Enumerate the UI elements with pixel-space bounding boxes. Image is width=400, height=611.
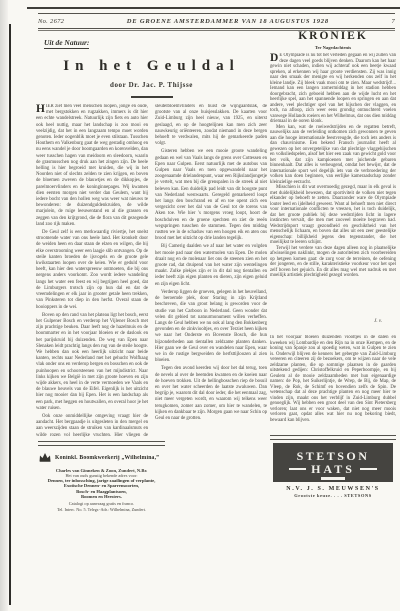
stetson-underline-bar bbox=[321, 477, 345, 480]
article-in-het-geuldal: Uit de Natuur: In het Geuldal door Dr. J… bbox=[36, 32, 267, 444]
kroniek-paragraph: Men kan, wat de roeiwedstrijden en de re… bbox=[270, 125, 396, 186]
stetson-brand-line2: HATS bbox=[311, 463, 355, 475]
kroniek-paragraph: Misschien is dit wat overmoedig gezegd, … bbox=[270, 185, 396, 246]
ad-top-rule bbox=[270, 435, 396, 440]
title-divider-rule bbox=[131, 96, 173, 98]
scan-edge-shade bbox=[0, 0, 8, 611]
kroniek-heading: KRONIEK bbox=[270, 30, 396, 42]
dash-rule bbox=[289, 468, 306, 470]
nursery-ad: Koninkl. Boomkweekerij „Wilhelmina,” Cha… bbox=[38, 441, 165, 512]
page-top-rule bbox=[27, 7, 400, 9]
article-paragraph: Tegen den avond keerden wij door het dal… bbox=[155, 366, 267, 422]
article-continuation-paragraph: In het voorjaar bloeien duizenden vioolt… bbox=[270, 335, 396, 423]
masthead-issue-number: No. 2672 bbox=[38, 18, 64, 25]
article-paragraph: Gisteren hebben we een mooie groote wand… bbox=[155, 149, 267, 242]
masthead: No. 2672 DE GROENE AMSTERDAMMER VAN 18 A… bbox=[38, 13, 395, 29]
article-body-columns: HIER ziet men veel menschen loopen, jong… bbox=[36, 104, 267, 444]
nursery-ad-title: Koninkl. Boomkweekerij „Wilhelmina,” bbox=[55, 455, 159, 461]
kroniek-body: DE Olympiade is nu tot het verleden gega… bbox=[270, 53, 396, 317]
nursery-ad-contact-line: Tel. Interc. No. 5. Telegr.-Adr.: Wilhel… bbox=[38, 507, 165, 512]
article-paragraph: Verderop liggen de groeven, gelegen in h… bbox=[155, 290, 267, 364]
kroniek-signature: J. v. bbox=[270, 319, 396, 324]
stetson-dealer: N.V. J. S. MEUWSEN'S bbox=[270, 486, 396, 492]
article-kicker: Uit de Natuur: bbox=[44, 38, 89, 49]
dash-rule bbox=[360, 468, 377, 470]
article-continuation: In het voorjaar bloeien duizenden vioolt… bbox=[270, 335, 396, 431]
article-paragraph: HIER ziet men veel menschen loopen, jong… bbox=[36, 104, 148, 228]
kroniek-paragraph: DE Olympiade is nu tot het verleden gega… bbox=[270, 53, 396, 125]
stetson-brand-line1: STETSON bbox=[297, 450, 370, 462]
article-paragraph: De Geul zelf is een merkwaardig riviertj… bbox=[36, 230, 148, 311]
stetson-hats-row: HATS bbox=[289, 463, 377, 475]
ad-top-rule bbox=[38, 441, 165, 446]
kroniek-subheading: Ter Nagedachtenis bbox=[270, 45, 396, 50]
masthead-title: DE GROENE AMSTERDAMMER VAN 18 AUGUSTUS 1… bbox=[127, 18, 329, 25]
stetson-ad: STETSON HATS N.V. J. S. MEUWSEN'S Groots… bbox=[270, 435, 396, 498]
page-left-border bbox=[9, 24, 11, 605]
crown-icon bbox=[38, 449, 52, 467]
masthead-page-number: 7 bbox=[391, 18, 395, 25]
nursery-ad-catalog-line: Catalogi op aanvraag gratis en franco. bbox=[38, 501, 165, 506]
kroniek-column: KRONIEK Ter Nagedachtenis DE Olympiade i… bbox=[270, 30, 396, 498]
nursery-ad-line: Boomen en Heesters. bbox=[38, 494, 165, 499]
article-paragraph: Bij Camerig daalden we af naar het water… bbox=[155, 244, 267, 287]
article-title: In het Geuldal bbox=[36, 58, 267, 75]
kroniek-paragraph: Terwijl het verdere van deze dagen allee… bbox=[270, 246, 396, 279]
stetson-tagline: Grootste keuze. . . . STETSONS bbox=[270, 493, 396, 498]
article-byline: door Dr. Jac. P. Thijsse bbox=[36, 81, 267, 89]
article-paragraph: Boven op den rand van het plateau ligt h… bbox=[36, 313, 148, 412]
stetson-ad-box: STETSON HATS bbox=[273, 443, 393, 482]
newspaper-page: No. 2672 DE GROENE AMSTERDAMMER VAN 18 A… bbox=[0, 0, 400, 611]
